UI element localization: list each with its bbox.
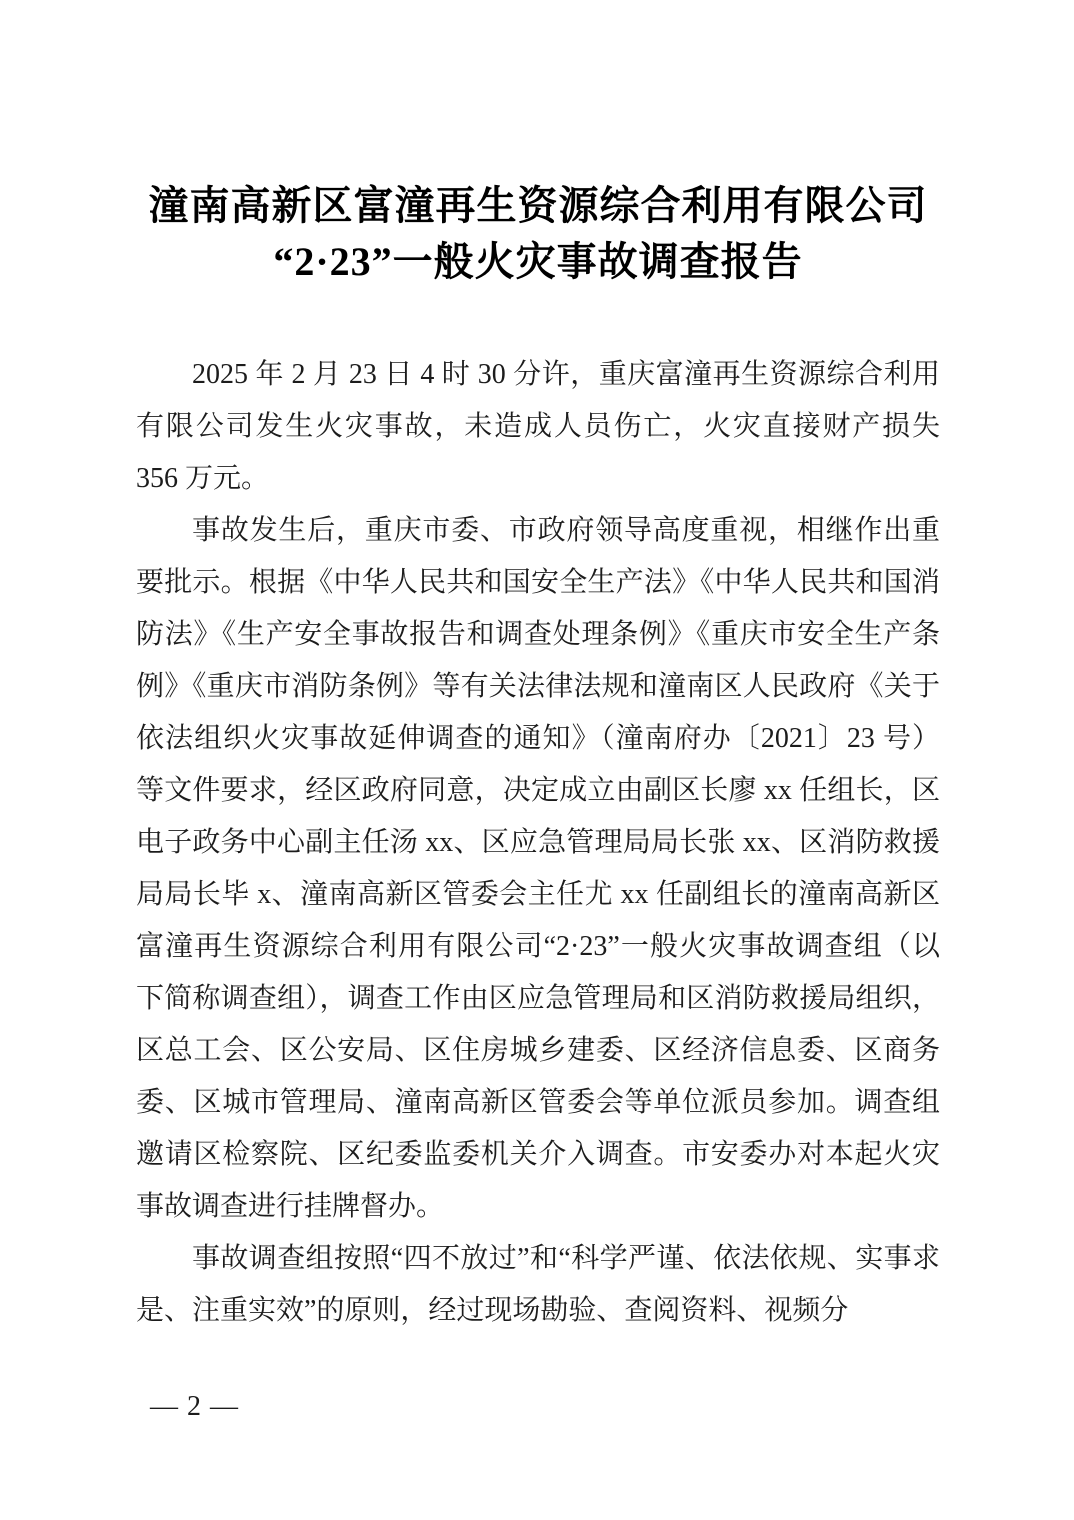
paragraph-investigation-principles: 事故调查组按照“四不放过”和“科学严谨、依法依规、实事求是、注重实效”的原则，经… xyxy=(136,1233,940,1337)
document-title: 潼南高新区富潼再生资源综合利用有限公司 “2·23”一般火灾事故调查报告 xyxy=(136,178,940,290)
page-number: — 2 — xyxy=(150,1390,239,1424)
title-line-2: “2·23”一般火灾事故调查报告 xyxy=(136,234,940,290)
document-body: 2025 年 2 月 23 日 4 时 30 分许，重庆富潼再生资源综合利用有限… xyxy=(136,349,940,1337)
paragraph-investigation-team: 事故发生后，重庆市委、市政府领导高度重视，相继作出重要批示。根据《中华人民共和国… xyxy=(136,505,940,1233)
paragraph-incident-summary: 2025 年 2 月 23 日 4 时 30 分许，重庆富潼再生资源综合利用有限… xyxy=(136,349,940,505)
title-line-1: 潼南高新区富潼再生资源综合利用有限公司 xyxy=(136,178,940,234)
document-page: 潼南高新区富潼再生资源综合利用有限公司 “2·23”一般火灾事故调查报告 202… xyxy=(0,0,1074,1520)
